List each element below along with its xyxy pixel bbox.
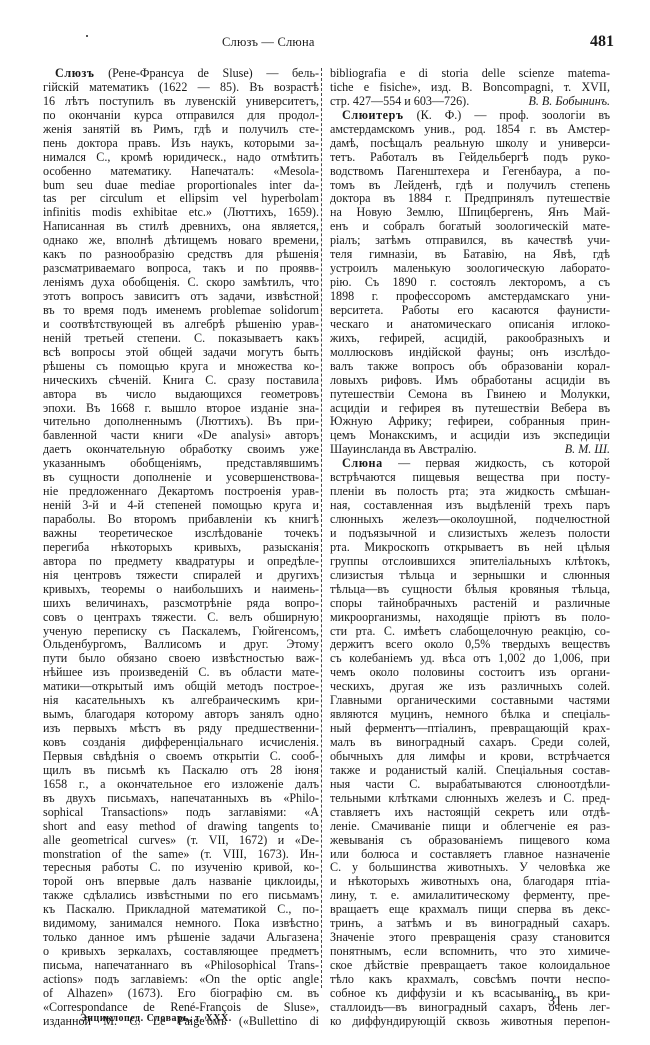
text-line: теля гимназіи, въ Батавію, на Явѣ, гдѣ: [330, 248, 610, 262]
text-line: къ Паскалю. Прикладной математикой С., п…: [43, 903, 319, 917]
text-line: автора по предмету квадратуры и опредѣле…: [43, 555, 319, 569]
text-line: Ольденбургомъ, Валлисомъ и друг. Этому: [43, 638, 319, 652]
text-line: пленіи въ полость рта; эта жидкость смѣш…: [330, 485, 610, 499]
text-line: чительно дополненнымъ (Люттихъ). Въ при-: [43, 415, 319, 429]
text-line: и нѣкоторыхъ животныхъ она, благодаря пт…: [330, 875, 610, 889]
sheet-number: 31: [548, 994, 562, 1010]
author-signature: В. В. Бобынинъ.: [528, 95, 610, 109]
text-line: микроорганизмы, находящіе пріютъ въ поло…: [330, 611, 610, 625]
text-line: кривыхъ, теоремы о наибольшихъ и наимень…: [43, 583, 319, 597]
text-line: Первыя свѣдѣнія о своемъ открытіи С. соо…: [43, 750, 319, 764]
entry-headword: Слюитеръ: [342, 109, 404, 122]
text-line: или болюса и составляетъ главное назначе…: [330, 848, 610, 862]
text-line: малъ въ виноградный сахаръ. Среди солей,: [330, 736, 610, 750]
text-line: вращаетъ еще крахмалъ пищи сперва въ дек…: [330, 903, 610, 917]
text-line: ріалъ; затѣмъ отправился, въ качествѣ уч…: [330, 234, 610, 248]
text-line: водствомъ Пагенштехера и Гегенбаура, а п…: [330, 165, 610, 179]
text-line: о кривыхъ зеркалахъ, составляющее предме…: [43, 945, 319, 959]
text-line: матики—открытый имъ общій методъ построе…: [43, 680, 319, 694]
text-line: ная, составленная изъ выдѣленій трехъ па…: [330, 499, 610, 513]
text-line: нимался С., кромѣ юридическ., надо отмѣт…: [43, 151, 319, 165]
text-line: нія касательныхъ къ алгебраическимъ кри-: [43, 694, 319, 708]
text-line: совъ о центрахъ тяжести. С. велъ обширну…: [43, 611, 319, 625]
text-line: изъ первыхъ мѣстъ въ ряду предшественни-: [43, 722, 319, 736]
text-line: alle geometrical curves» (т. VII, 1672) …: [43, 834, 319, 848]
text-line: ческихъ, другая же изъ различныхъ солей.: [330, 680, 610, 694]
text-line: на Новую Землю, Шпицбергенъ, Янъ Май-: [330, 206, 610, 220]
text-line: въ сущности дополненіе и усовершенствова…: [43, 471, 319, 485]
text-line: Главными органическими составными частям…: [330, 694, 610, 708]
text-line: томъ въ Лейденѣ, гдѣ и получилъ степень: [330, 179, 610, 193]
text-line: пути было обязано своею извѣстностью важ…: [43, 652, 319, 666]
text-line: bibliografia e di storia delle scienze m…: [330, 67, 610, 81]
text-line: въ то время подъ именемъ problemae solid…: [43, 304, 319, 318]
text-line: ніе предложеннаго Декартомъ построенія у…: [43, 485, 319, 499]
text-line: tiche e fisiche», изд. B. Boncompagni, т…: [330, 81, 610, 95]
text-line: слюнныхъ железъ—околоушной, подчелюстной: [330, 513, 610, 527]
text-line: собное къ диффузіи и къ всасыванію, въ к…: [330, 987, 610, 1001]
text-line: встрѣчаются пищевыя вещества при посту-: [330, 471, 610, 485]
text-line: жихъ, гефирей, асцидій, ракообразныхъ и: [330, 332, 610, 346]
text-line: эпохи. Въ 1668 г. вышло второе изданіе з…: [43, 402, 319, 416]
text-line: асцидіи и гефирея въ путешествіи Вебера …: [330, 402, 610, 416]
text-line: валъ также вопросъ объ образованіи корал…: [330, 360, 610, 374]
text-line: перегиба нѣкоторыхъ кривыхъ, разысканія: [43, 541, 319, 555]
text-line: ловыхъ рифовъ. Имъ обработаны асцидіи въ: [330, 374, 610, 388]
text-line: пень доктора правъ. Изъ наукъ, которыми …: [43, 137, 319, 151]
text-line: группы отслоившихся эпителіальныхъ клѣто…: [330, 555, 610, 569]
text-line: неній третьей степени. С. показываетъ ка…: [43, 332, 319, 346]
column-divider: [321, 68, 322, 988]
text-line: письма, напечатаннаго въ «Philosophical …: [43, 959, 319, 973]
text-line: ный ферментъ—птіалинъ, превращающій крах…: [330, 722, 610, 736]
text-line: ныя части С. вырабатываются слюноотдѣли-: [330, 778, 610, 792]
text-line: держитъ всего около 0,5% твердыхъ вещест…: [330, 638, 610, 652]
text-line: понятнымъ, если вспомнить, что это химич…: [330, 945, 610, 959]
text-line: Слюзъ (Рене-Франсуа de Sluse) — бель-: [43, 67, 319, 81]
text-line: щилъ въ письмѣ къ Паскалю отъ 28 іюня: [43, 764, 319, 778]
text-line: чемъ около половины состоитъ изъ органи-: [330, 666, 610, 680]
text-line: Значеніе этого превращенія сразу станови…: [330, 931, 610, 945]
text-line: торой онъ впервые далъ названіе циклоиды…: [43, 875, 319, 889]
text-line: и подъязычной и слизистыхъ железъ полост…: [330, 527, 610, 541]
text-line: actions» подъ заглавіемъ: «On the optic …: [43, 973, 319, 987]
text-line: рта. Микроскопъ открываетъ въ ней цѣлыя: [330, 541, 610, 555]
text-line: infinitis modis exhibitae etc.» (Люттихъ…: [43, 206, 319, 220]
text-line: тетъ. Работалъ въ Гейдельбергѣ подъ руко…: [330, 151, 610, 165]
text-line: ническихъ сѣченій. Книга С. сразу постав…: [43, 374, 319, 388]
text-line: 16 лѣтъ поступилъ въ лувенскій университ…: [43, 95, 319, 109]
text-line: амстердамскомъ унив., род. 1854 г. въ Ам…: [330, 123, 610, 137]
text-line: споры тайнобрачныхъ растеній и различные: [330, 597, 610, 611]
text-line: въ двухъ письмахъ, напечатанныхъ въ «Phi…: [43, 792, 319, 806]
text-line: какъ по разнообразію средствъ для рѣшені…: [43, 248, 319, 262]
text-line: ческаго и анатомическаго описанія иглоко…: [330, 318, 610, 332]
text-line: женія занятій въ Римъ, гдѣ и получилъ ст…: [43, 123, 319, 137]
text-line: леніямъ духа обобщенія. С. скоро замѣтил…: [43, 276, 319, 290]
text-line: являются муцинъ, немного бѣлка и спеціал…: [330, 708, 610, 722]
text-line: тѣльца—въ сущности бѣлыя кровяныя тѣльца…: [330, 583, 610, 597]
signature-mark: Энциклопед. Словарь, т. XXX.: [80, 1013, 232, 1024]
text-line: этотъ вопросъ зависитъ отъ задачи, извѣс…: [43, 290, 319, 304]
text-line: гійскій математикъ (1622 — 85). Въ возра…: [43, 81, 319, 95]
text-line: тересныя работы С. по изученію кривой, к…: [43, 861, 319, 875]
text-line: sophical Transactions» подъ заглавіями: …: [43, 806, 319, 820]
text-line: параболы. Во второмъ прибавленіи къ книг…: [43, 513, 319, 527]
text-line: моллюсковъ индійской фауны; онъ изслѣдо-: [330, 346, 610, 360]
text-line: важны теоретическое изслѣдованіе точекъ: [43, 527, 319, 541]
text-line: также сдѣлались извѣстными по его письма…: [43, 889, 319, 903]
text-line: рѣшены съ помощью круга и множества ко-: [43, 360, 319, 374]
text-line: 1658 г., а окончательное его изложеніе д…: [43, 778, 319, 792]
text-line: даетъ окончательную обработку своимъ уже: [43, 443, 319, 457]
text-line: дамѣ, посѣщалъ реальную школу и универси…: [330, 137, 610, 151]
text-line: цемъ Монакскимъ, и асцидіи изъ экспедиці…: [330, 429, 610, 443]
text-line: леніе. Смачиваніе пищи и облегченіе ея р…: [330, 820, 610, 834]
text-line: тринъ, а затѣмъ и въ виноградный сахаръ.: [330, 917, 610, 931]
text-line: тельными клѣтками слюнныхъ железъ и С. п…: [330, 792, 610, 806]
text-line: вымъ, благодаря которому авторъ занялъ о…: [43, 708, 319, 722]
text-line: и соотвѣтствующей въ алгебрѣ рѣшенію ура…: [43, 318, 319, 332]
text-line: стр. 427—554 и 603—726).В. В. Бобынинъ.: [330, 95, 610, 109]
text-line: Написанная въ стилѣ древнихъ, она являет…: [43, 220, 319, 234]
text-line: устроилъ маленькую зоологическую лаборат…: [330, 262, 610, 276]
right-column: bibliografia e di storia delle scienze m…: [330, 67, 610, 1029]
text-line: 1898 г. профессоромъ амстердамскаго уни-: [330, 290, 610, 304]
page-number: 481: [590, 33, 614, 51]
text-line: ученую переписку съ Паскалемъ, Гюйгенсом…: [43, 625, 319, 639]
text-line: верситета. Работы его касаются фаунисти-: [330, 304, 610, 318]
text-line: лину, т. е. амилалитическому ферменту, п…: [330, 889, 610, 903]
page-header: Слюзъ — Слюна 481: [0, 33, 650, 53]
text-line: Южную Африку; гефиреи, собранныя прин-: [330, 415, 610, 429]
text-line: short and easy method of drawing tangent…: [43, 820, 319, 834]
text-line: of Alhazen» (1673). Его біографію см. въ: [43, 987, 319, 1001]
text-line: автора въ число выдающихся геометровъ: [43, 388, 319, 402]
text-line: рію. Съ 1890 г. состоялъ лекторомъ, а съ: [330, 276, 610, 290]
text-line: сталлоидъ—въ виноградный сахаръ, очень л…: [330, 1001, 610, 1015]
entry-headword: Слюзъ: [55, 67, 94, 80]
text-line: слизистыя тѣльца и зернышки и слюнныя: [330, 569, 610, 583]
text-line: неній 3-й и 4-й степеней помощью круга и: [43, 499, 319, 513]
text-line: бавленной части книги «De analysi» автор…: [43, 429, 319, 443]
text-line: ковъ созданія дифференціальнаго исчислен…: [43, 736, 319, 750]
text-line: monstration of the same» (т. VIII, 1673)…: [43, 848, 319, 862]
text-line: доктора въ 1884 г. Предпринялъ путешеств…: [330, 192, 610, 206]
text-line: по окончаніи курса отправился для продол…: [43, 109, 319, 123]
text-line: жевыванія съ образованіемъ пищевого кома: [330, 834, 610, 848]
text-line: также и роданистый калій. Спеціальныя со…: [330, 764, 610, 778]
running-head: Слюзъ — Слюна: [222, 35, 315, 50]
author-signature: В. М. Ш.: [565, 443, 610, 457]
left-column: Слюзъ (Рене-Франсуа de Sluse) — бель-гій…: [43, 67, 319, 1029]
text-line: путешествіи Семона въ Гвинею и Молукки,: [330, 388, 610, 402]
text-line: ское дѣйствіе превращаетъ такое колоидал…: [330, 959, 610, 973]
text-line: обычныхъ для лимфы и крови, встрѣчается: [330, 750, 610, 764]
text-line: особенно математику. Напечаталъ: «Mesola…: [43, 165, 319, 179]
text-line: видимому, занимался немного. Пока извѣст…: [43, 917, 319, 931]
text-line: разсматриваемаго вопроса, такъ и по проя…: [43, 262, 319, 276]
text-line: енъ и собралъ богатый зоологическій мате…: [330, 220, 610, 234]
text-line: tas per circulum et ellipsim vel hyperbo…: [43, 192, 319, 206]
text-line: всѣ вопросы этой общей задачи могутъ быт…: [43, 346, 319, 360]
text-line: Слюна — первая жидкость, съ которой: [330, 457, 610, 471]
text-line: однако же, вполнѣ дѣтищемъ новаго времен…: [43, 234, 319, 248]
text-line: только данное имъ рѣшеніе задачи Альгазе…: [43, 931, 319, 945]
text-line: сти рта. С. имѣетъ слабощелочную реакцію…: [330, 625, 610, 639]
text-line: Шауинсланда въ Австралію.В. М. Ш.: [330, 443, 610, 457]
text-line: съ колебаніемъ уд. вѣса отъ 1,002 до 1,0…: [330, 652, 610, 666]
text-line: нія центровъ тяжести спиралей и другихъ: [43, 569, 319, 583]
text-line: bum seu duae mediae proportionales inter…: [43, 179, 319, 193]
entry-headword: Слюна: [342, 457, 383, 470]
text-line: ко диффундирующій сквозь животныя перепо…: [330, 1015, 610, 1029]
text-line: Слюитеръ (К. Ф.) — проф. зоологіи въ: [330, 109, 610, 123]
text-line: тѣло какъ крахмалъ, совсѣмъ почти неспо-: [330, 973, 610, 987]
speck: [86, 35, 88, 37]
text-line: С. у большинства животныхъ. У человѣка ж…: [330, 861, 610, 875]
text-line: указаннымъ обобщеніямъ, представлявшимъ: [43, 457, 319, 471]
text-line: шихъ величинахъ, разсмотрѣніе ряда вопро…: [43, 597, 319, 611]
text-line: нѣйшее изъ произведеній С. въ области ма…: [43, 666, 319, 680]
text-line: ставляетъ ихъ настоящій секретъ или отдѣ…: [330, 806, 610, 820]
